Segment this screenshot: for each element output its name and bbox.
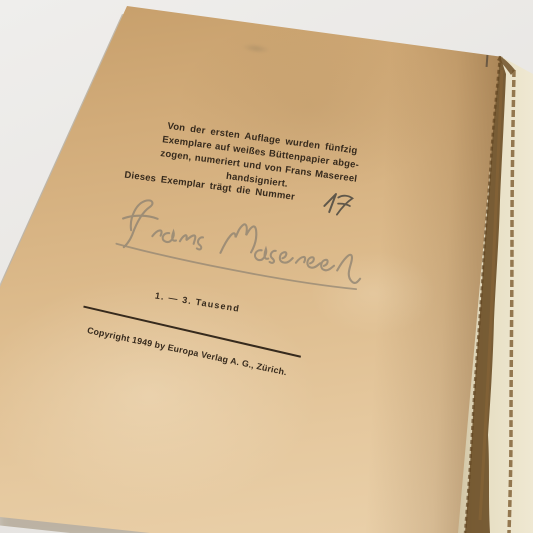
colophon-text-block: Von der ersten Auflage wurden fünfzig Ex… <box>87 110 391 433</box>
book-photo: Von der ersten Auflage wurden fünfzig Ex… <box>0 0 533 533</box>
deckle-edge-pages <box>430 30 533 533</box>
handwritten-number-17 <box>319 188 358 220</box>
